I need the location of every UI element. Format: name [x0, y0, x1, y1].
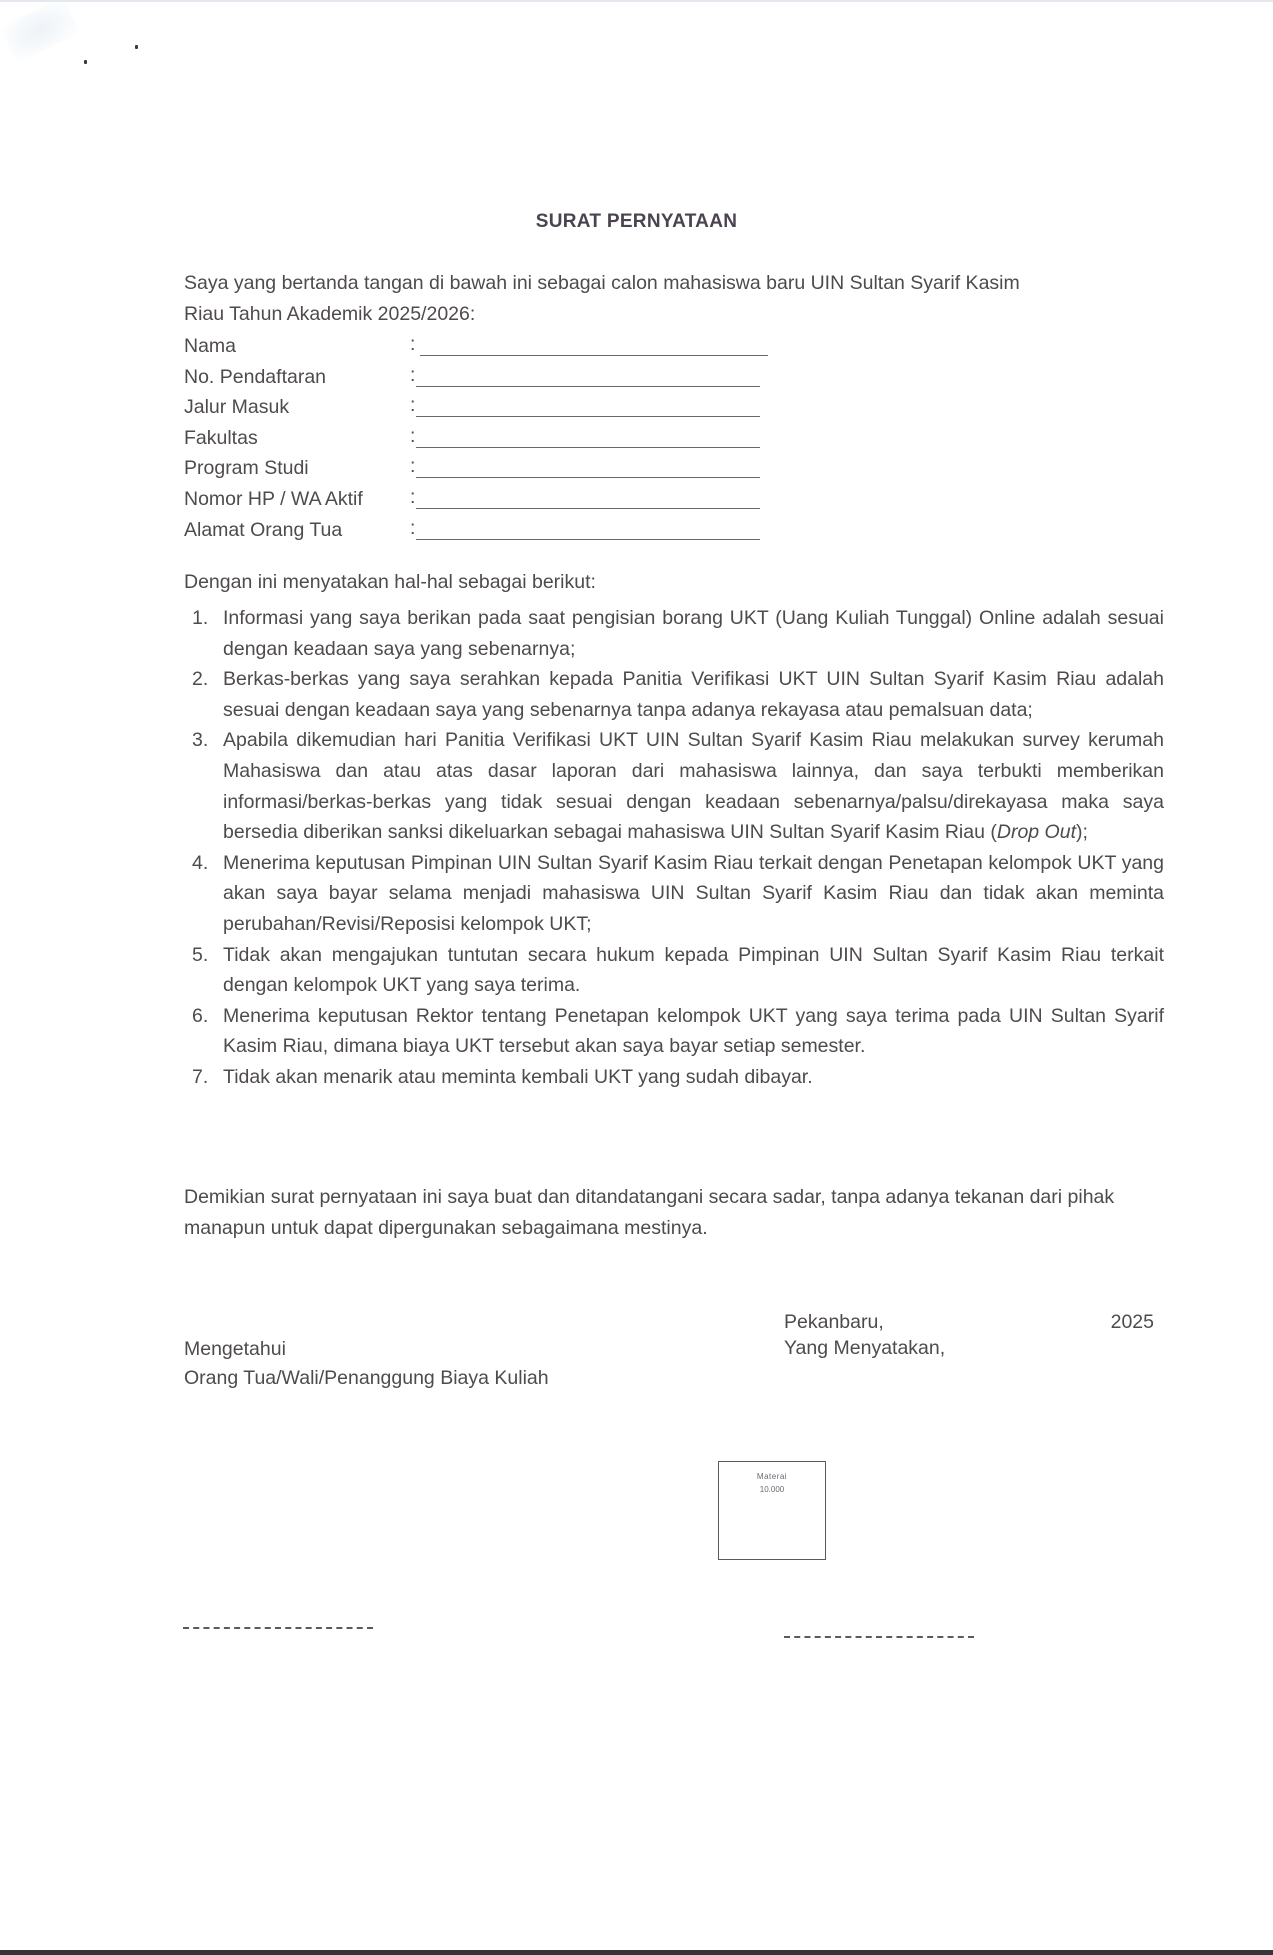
- field-blank-line: [416, 539, 760, 540]
- field-nomor-hp: Nomor HP / WA Aktif :: [184, 484, 784, 515]
- field-blank-line: [416, 386, 760, 387]
- signer-signature-line: [784, 1636, 974, 1638]
- field-colon: :: [410, 421, 415, 452]
- identity-fields: Nama : No. Pendaftaran : Jalur Masuk : F…: [184, 331, 784, 545]
- field-label: Jalur Masuk: [184, 392, 289, 423]
- stamp-duty-box: Materai 10.000: [718, 1461, 826, 1560]
- intro-paragraph: Saya yang bertanda tangan di bawah ini s…: [184, 268, 1164, 329]
- statement-item: 6. Menerima keputusan Rektor tentang Pen…: [184, 1001, 1164, 1062]
- place: Pekanbaru,: [784, 1311, 884, 1333]
- witness-label: Mengetahui: [184, 1334, 286, 1365]
- statement-lead: Dengan ini menyatakan hal-hal sebagai be…: [184, 567, 596, 598]
- stamp-value: 10.000: [719, 1485, 825, 1494]
- field-label: Fakultas: [184, 423, 258, 454]
- field-program-studi: Program Studi :: [184, 453, 784, 484]
- field-colon: :: [410, 482, 415, 513]
- item-text: Informasi yang saya berikan pada saat pe…: [223, 603, 1164, 664]
- item-number: 2.: [192, 664, 208, 695]
- field-alamat-orang-tua: Alamat Orang Tua :: [184, 515, 784, 546]
- item-number: 1.: [192, 603, 208, 634]
- item-number: 4.: [192, 848, 208, 879]
- item-text: Menerima keputusan Pimpinan UIN Sultan S…: [223, 848, 1164, 940]
- field-blank-line: [416, 477, 760, 478]
- field-colon: :: [410, 360, 415, 391]
- item-number: 3.: [192, 725, 208, 756]
- item-text-wrapper: Apabila dikemudian hari Panitia Verifika…: [223, 725, 1164, 847]
- scan-speck: [135, 45, 138, 49]
- field-blank-line: [416, 416, 760, 417]
- scan-bottom-edge: [0, 1950, 1273, 1955]
- closing-paragraph: Demikian surat pernyataan ini saya buat …: [184, 1182, 1164, 1243]
- item-text-italic: Drop Out: [997, 821, 1076, 843]
- item-text-tail: );: [1076, 821, 1088, 843]
- witness-signature-line: [183, 1627, 373, 1629]
- field-no-pendaftaran: No. Pendaftaran :: [184, 362, 784, 393]
- field-blank-line: [416, 447, 760, 448]
- field-jalur-masuk: Jalur Masuk :: [184, 392, 784, 423]
- field-label: Program Studi: [184, 453, 309, 484]
- scan-smudge: [0, 0, 80, 63]
- item-text: Tidak akan menarik atau meminta kembali …: [223, 1062, 1164, 1093]
- field-label: Nomor HP / WA Aktif: [184, 484, 363, 515]
- field-label: No. Pendaftaran: [184, 362, 326, 393]
- statement-list: 1. Informasi yang saya berikan pada saat…: [184, 603, 1164, 1093]
- field-blank-line: [420, 355, 768, 356]
- field-fakultas: Fakultas :: [184, 423, 784, 454]
- statement-item: 1. Informasi yang saya berikan pada saat…: [184, 603, 1164, 664]
- field-colon: :: [410, 390, 415, 421]
- item-text: Berkas-berkas yang saya serahkan kepada …: [223, 664, 1164, 725]
- item-text: Tidak akan mengajukan tuntutan secara hu…: [223, 940, 1164, 1001]
- item-text: Menerima keputusan Rektor tentang Peneta…: [223, 1001, 1164, 1062]
- document-title: SURAT PERNYATAAN: [0, 211, 1273, 233]
- intro-line: Riau Tahun Akademik 2025/2026:: [184, 299, 1164, 330]
- statement-item: 5. Tidak akan mengajukan tuntutan secara…: [184, 940, 1164, 1001]
- witness-role: Orang Tua/Wali/Penanggung Biaya Kuliah: [184, 1363, 549, 1394]
- intro-line: Saya yang bertanda tangan di bawah ini s…: [184, 268, 1164, 299]
- year: 2025: [1111, 1307, 1154, 1338]
- signer-label: Yang Menyatakan,: [784, 1333, 945, 1364]
- statement-item: 7. Tidak akan menarik atau meminta kemba…: [184, 1062, 1164, 1093]
- statement-item: 2. Berkas-berkas yang saya serahkan kepa…: [184, 664, 1164, 725]
- item-number: 5.: [192, 940, 208, 971]
- scan-speck: [84, 60, 87, 64]
- field-label: Alamat Orang Tua: [184, 515, 342, 546]
- field-blank-line: [416, 508, 760, 509]
- stamp-label: Materai: [719, 1472, 825, 1481]
- field-colon: :: [410, 451, 415, 482]
- statement-item: 4. Menerima keputusan Pimpinan UIN Sulta…: [184, 848, 1164, 940]
- item-number: 6.: [192, 1001, 208, 1032]
- item-number: 7.: [192, 1062, 208, 1093]
- field-label: Nama: [184, 331, 236, 362]
- statement-item: 3. Apabila dikemudian hari Panitia Verif…: [184, 725, 1164, 847]
- field-colon: :: [410, 329, 415, 360]
- scan-top-edge: [0, 0, 1273, 2]
- field-colon: :: [410, 513, 415, 544]
- field-nama: Nama :: [184, 331, 784, 362]
